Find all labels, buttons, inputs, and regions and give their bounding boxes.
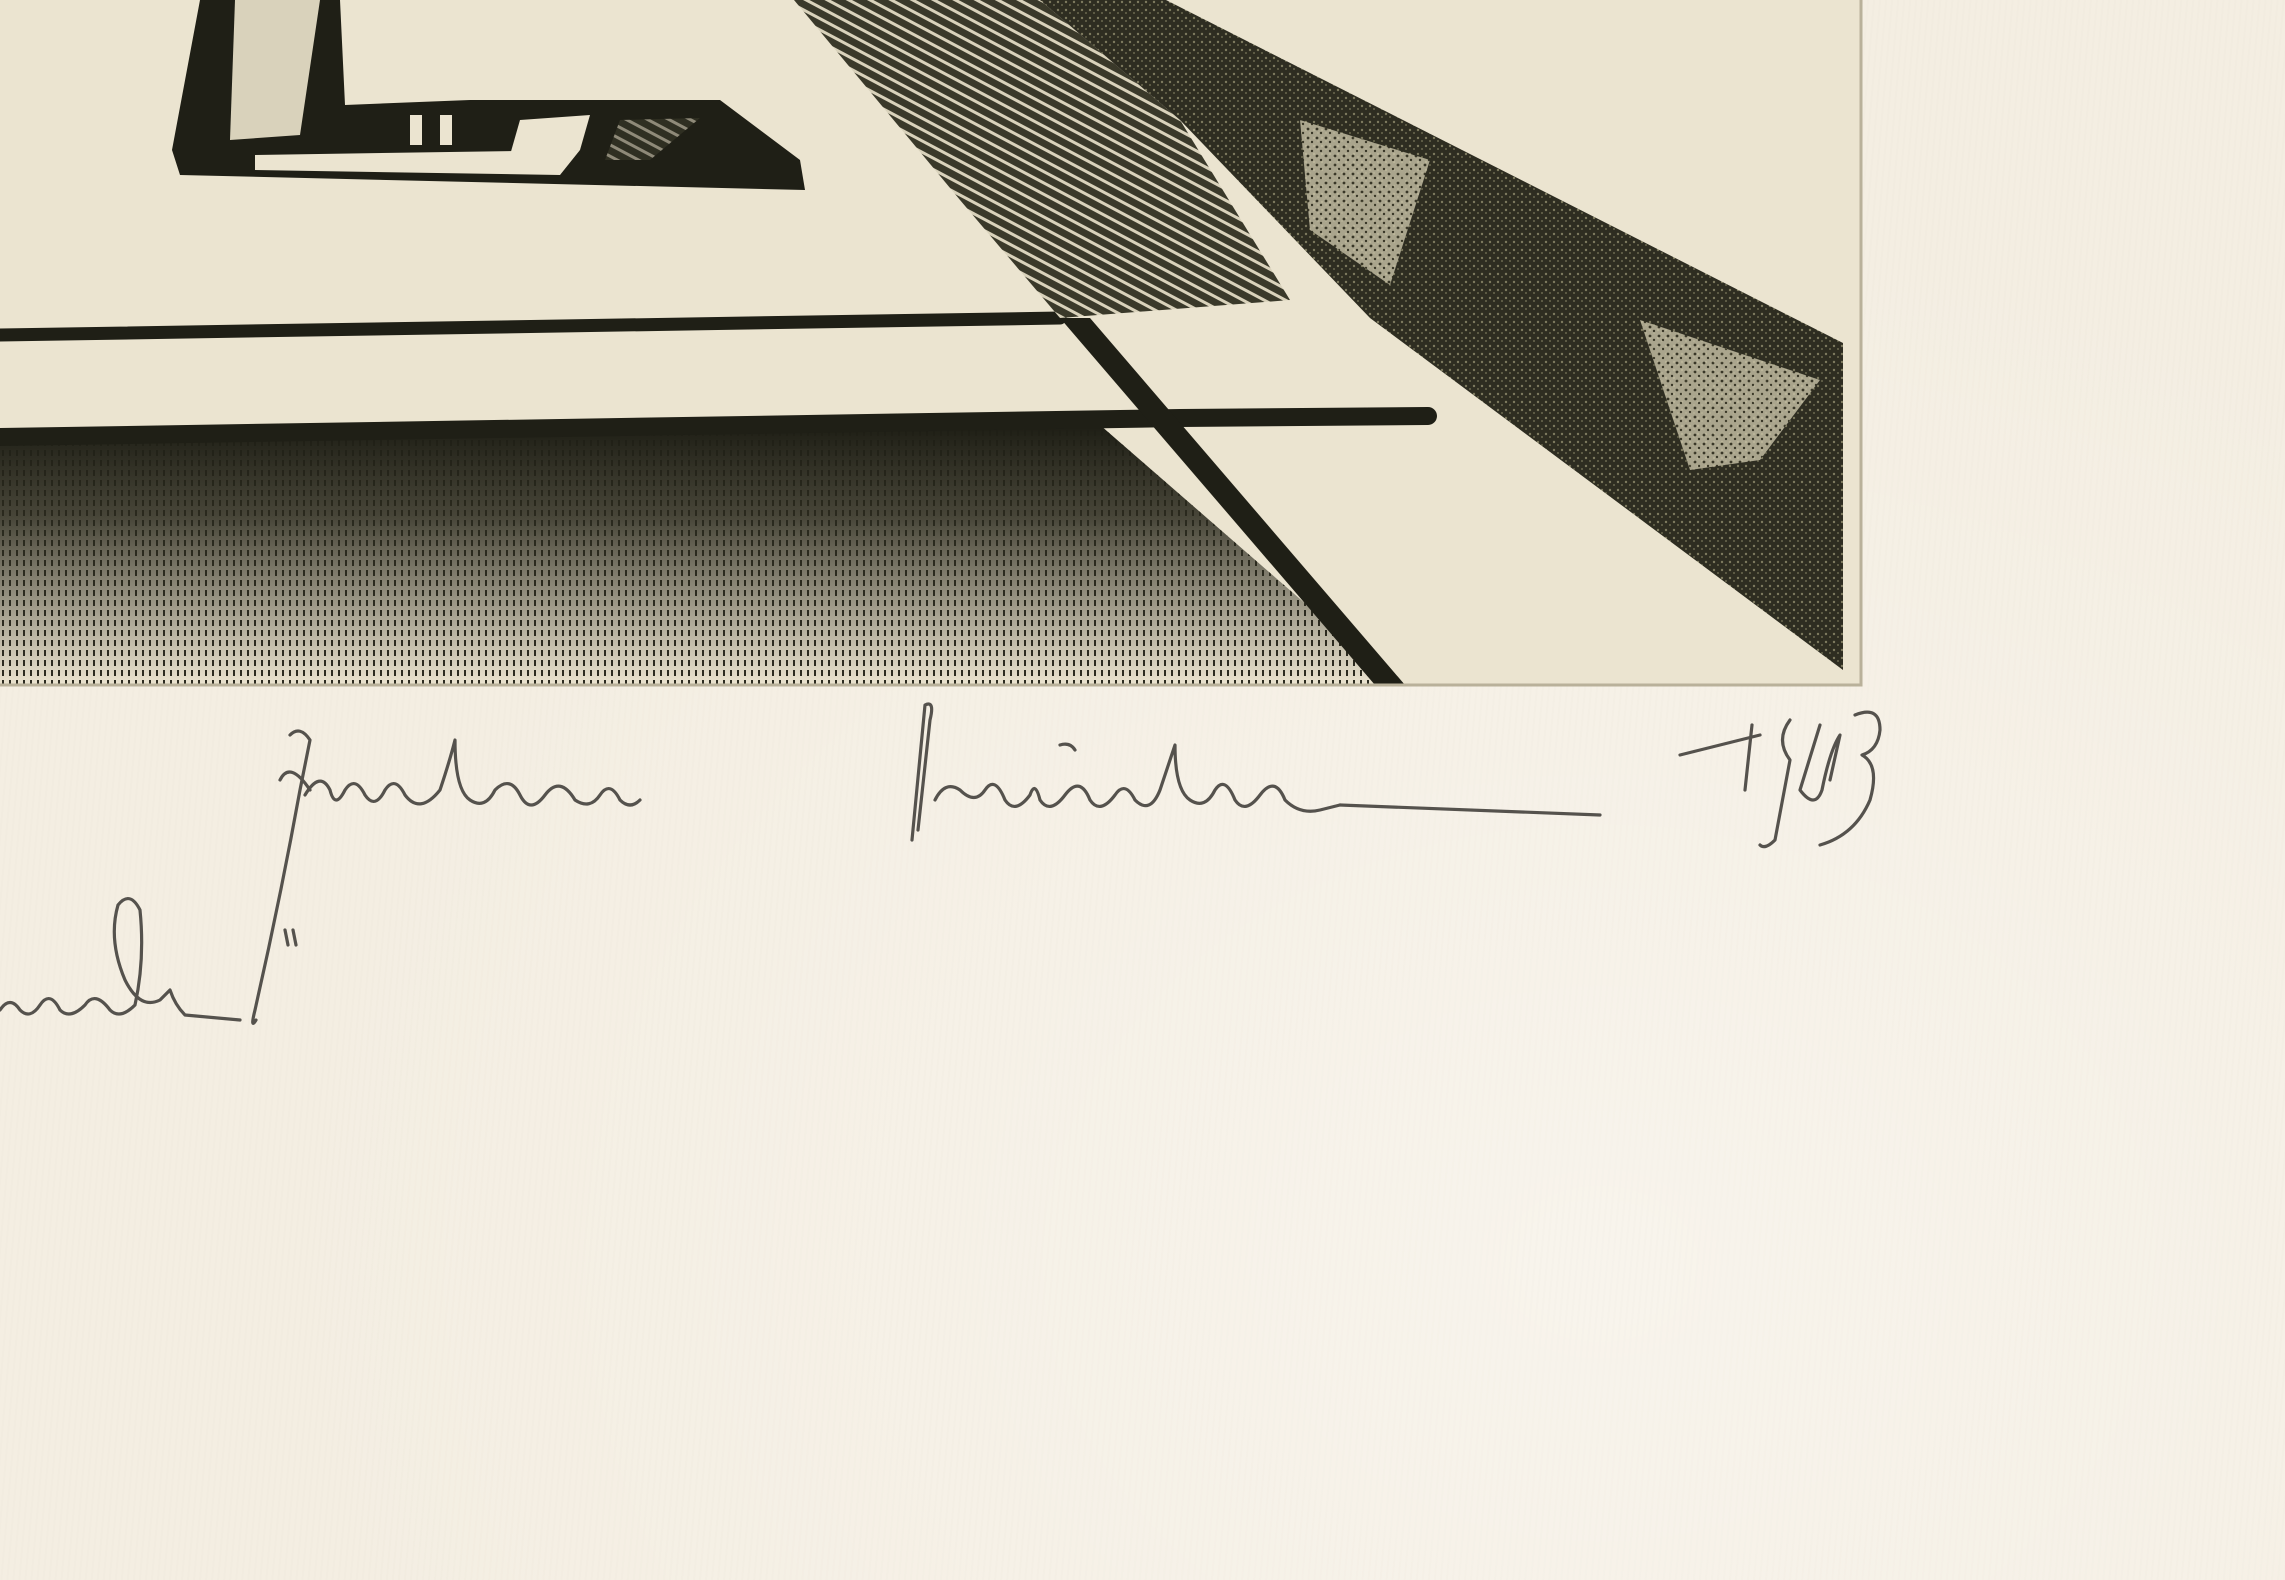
pencil-signature [0, 704, 1880, 1023]
etching-plate [0, 0, 2285, 1580]
paper-sheet: Joachim ...mann 1983 ...ndr“ [0, 0, 2285, 1580]
